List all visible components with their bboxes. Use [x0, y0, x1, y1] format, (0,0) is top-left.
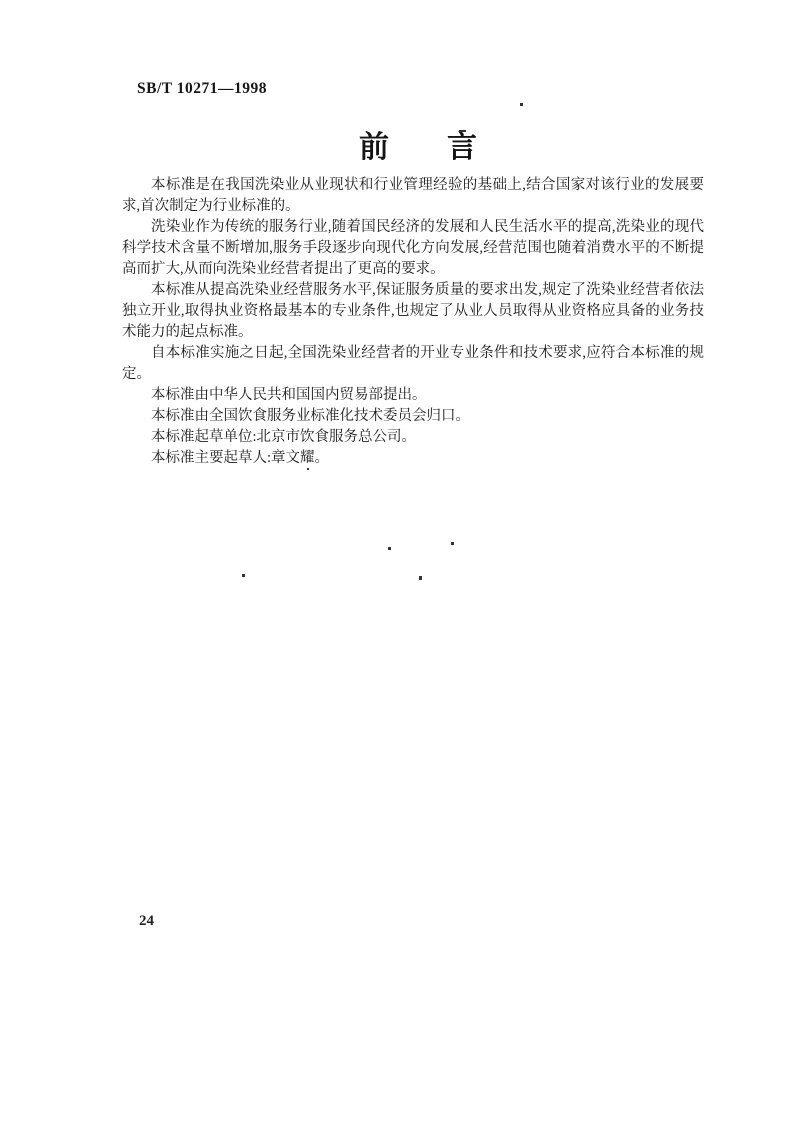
- paragraph-1: 本标准是在我国洗染业从业现状和行业管理经验的基础上,结合国家对该行业的发展要求,…: [122, 175, 704, 217]
- scan-speck: [242, 574, 245, 577]
- foreword-title: 前言: [359, 122, 535, 166]
- paragraph-8: 本标准主要起草人:章文耀。: [122, 448, 704, 469]
- standard-code: SB/T 10271—1998: [137, 80, 267, 98]
- scan-speck: [520, 103, 523, 106]
- paragraph-2: 洗染业作为传统的服务行业,随着国民经济的发展和人民生活水平的提高,洗染业的现代科…: [122, 217, 704, 280]
- scan-speck: [307, 468, 309, 470]
- paragraph-6: 本标准由全国饮食服务业标准化技术委员会归口。: [122, 406, 704, 427]
- scan-speck: [459, 130, 466, 132]
- scan-speck: [388, 547, 391, 550]
- scanned-document-page: SB/T 10271—1998 前言 本标准是在我国洗染业从业现状和行业管理经验…: [0, 0, 800, 1125]
- scan-speck: [419, 576, 422, 580]
- page-number: 24: [139, 913, 154, 930]
- foreword-title-wrap: 前言: [0, 122, 800, 166]
- paragraph-3: 本标准从提高洗染业经营服务水平,保证服务质量的要求出发,规定了洗染业经营者依法独…: [122, 280, 704, 343]
- paragraph-7: 本标准起草单位:北京市饮食服务总公司。: [122, 427, 704, 448]
- scan-speck: [451, 542, 454, 545]
- paragraph-4: 自本标准实施之日起,全国洗染业经营者的开业专业条件和技术要求,应符合本标准的规定…: [122, 343, 704, 385]
- foreword-body: 本标准是在我国洗染业从业现状和行业管理经验的基础上,结合国家对该行业的发展要求,…: [122, 175, 704, 469]
- paragraph-5: 本标准由中华人民共和国国内贸易部提出。: [122, 385, 704, 406]
